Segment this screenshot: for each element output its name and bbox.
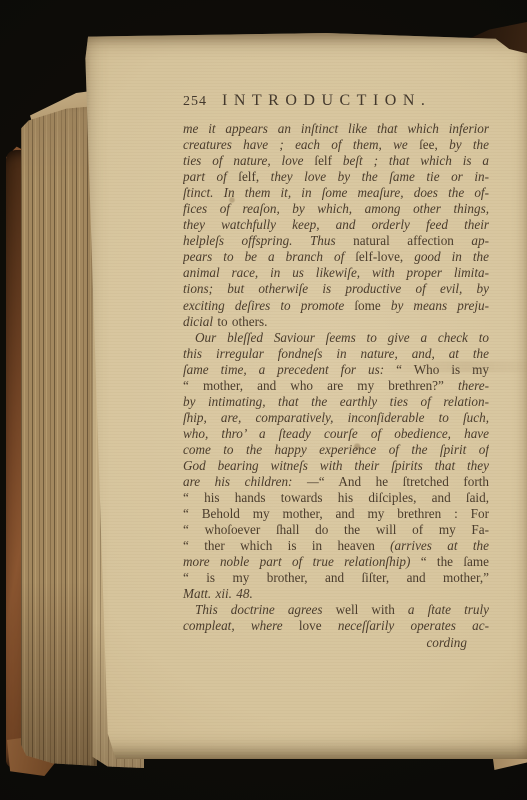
text-line: tions; but otherwiſe is productive of ev… [183,281,489,297]
page-header: 254 INTRODUCTION. [183,92,493,110]
text-line: more noble part of true relationſhip) “ … [183,554,489,570]
text-line: me it appears an inſtinct like that whic… [183,121,489,137]
running-title: INTRODUCTION. [222,92,431,110]
text-line: “ ther which is in heaven (arrives at th… [183,538,489,554]
text-line: this irregular fondneſs in nature, and, … [183,346,489,362]
text-line: ties of nature, love ſelf beſt ; that wh… [183,153,489,169]
text-line: creatures have ; each of them, we ſee, b… [183,137,489,153]
text-line: who, thro’ a ſteady courſe of obedience,… [183,426,489,442]
text-line: “ mother, and who are my brethren?” ther… [183,378,489,394]
text-line: Matt. xii. 48. [183,586,489,602]
text-line: animal race, in us likewiſe, with proper… [183,265,489,281]
text-line: “ Behold my mother, and my brethren : Fo… [183,506,489,522]
text-line: part of ſelf, they love by the ſame tie … [183,169,489,185]
text-line: compleat, where love neceſſarily operate… [183,618,489,634]
text-line: “ is my brother, and ſiſter, and mother,… [183,570,489,586]
text-line: ſhip, are, comparatively, inconſiderable… [183,410,489,426]
text-line: come to the happy experience of the ſpir… [183,442,489,458]
page-number: 254 [183,94,207,110]
text-line: exciting deſires to promote ſome by mean… [183,298,489,314]
text-line: dicial to others. [183,314,489,330]
text-line: are his children: —“ And he ſtretched fo… [183,474,489,490]
catchword: cording [183,635,489,651]
text-line: pears to be a branch of ſelf-love, good … [183,249,489,265]
text-line: God bearing witneſs with their ſpirits t… [183,458,489,474]
text-line: “ whoſoever ſhall do the will of my Fa- [183,522,489,538]
text-line: Our bleſſed Saviour ſeems to give a chec… [183,330,489,346]
text-line: This doctrine agrees well with a ſtate t… [183,602,489,618]
body-text: me it appears an inſtinct like that whic… [183,121,489,651]
fore-edge-page-stack [21,106,97,766]
text-line: “ his hands towards his diſciples, and ſ… [183,490,489,506]
text-line: helpleſs offspring. Thus natural affecti… [183,233,489,249]
text-line: fices of reaſon, by which, among other t… [183,201,489,217]
text-line: ſtinct. In them it, in ſome meaſure, doe… [183,185,489,201]
text-line: by intimating, that the earthly ties of … [183,394,489,410]
text-line: they watchfully keep, and orderly feed t… [183,217,489,233]
book-photo: 254 INTRODUCTION. me it appears an inſti… [0,0,527,800]
text-line: ſame time, a precedent for us: “ Who is … [183,362,489,378]
